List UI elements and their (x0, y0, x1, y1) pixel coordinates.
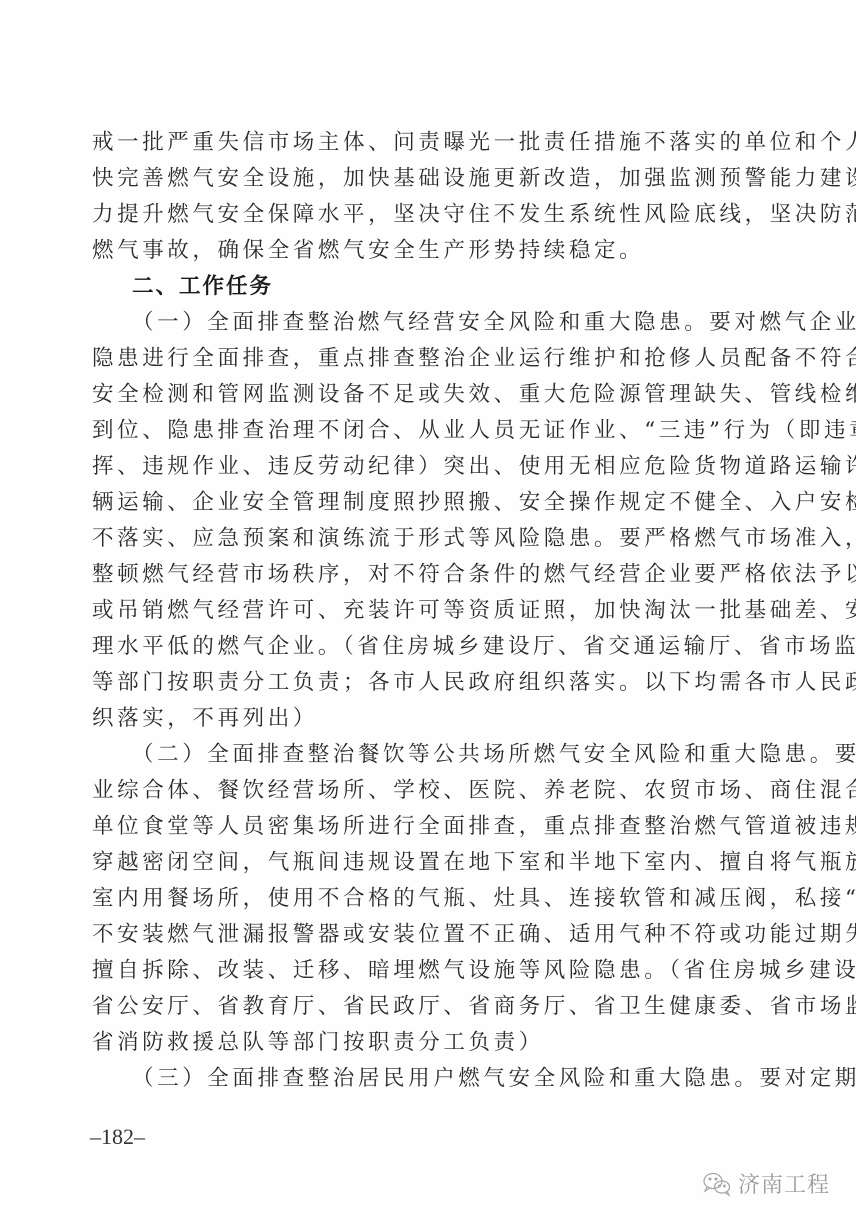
text-line: 单位食堂等人员密集场所进行全面排查，重点排查整治燃气管道被违规占压、 (92, 809, 756, 845)
paragraph-item-1: （一）全面排查整治燃气经营安全风险和重大隐患。要对燃气企业安全 隐患进行全面排查… (92, 305, 756, 737)
text-line: 室内用餐场所，使用不合格的气瓶、灶具、连接软管和减压阀，私接“三通”， (92, 881, 756, 917)
text-line: （三）全面排查整治居民用户燃气安全风险和重大隐患。要对定期入户 (92, 1061, 756, 1097)
text-line: 辆运输、企业安全管理制度照抄照搬、安全操作规定不健全、入户安检制度 (92, 485, 756, 521)
text-line: 理水平低的燃气企业。（省住房城乡建设厅、省交通运输厅、省市场监管局 (92, 629, 756, 665)
section-heading-text: 二、工作任务 (92, 269, 756, 305)
paragraph-continuation: 戒一批严重失信市场主体、问责曝光一批责任措施不落实的单位和个人，加 快完善燃气安… (92, 125, 756, 269)
text-line: 安全检测和管网监测设备不足或失效、重大危险源管理缺失、管线检维护不 (92, 377, 756, 413)
text-line: 到位、隐患排查治理不闭合、从业人员无证作业、“三违”行为（即违章指 (92, 413, 756, 449)
text-line: （二）全面排查整治餐饮等公共场所燃气安全风险和重大隐患。要对商 (92, 737, 756, 773)
wechat-icon (702, 1171, 732, 1197)
text-line: 挥、违规作业、违反劳动纪律）突出、使用无相应危险货物道路运输许可车 (92, 449, 756, 485)
text-line: 不落实、应急预案和演练流于形式等风险隐患。要严格燃气市场准入，全面 (92, 521, 756, 557)
text-line: 不安装燃气泄漏报警器或安装位置不正确、适用气种不符或功能过期失效， (92, 917, 756, 953)
text-line: （一）全面排查整治燃气经营安全风险和重大隐患。要对燃气企业安全 (92, 305, 756, 341)
document-body: 戒一批严重失信市场主体、问责曝光一批责任措施不落实的单位和个人，加 快完善燃气安… (92, 125, 756, 1097)
text-line: 戒一批严重失信市场主体、问责曝光一批责任措施不落实的单位和个人，加 (92, 125, 756, 161)
text-line: 省消防救援总队等部门按职责分工负责） (92, 1025, 756, 1061)
text-line: 快完善燃气安全设施，加快基础设施更新改造，加强监测预警能力建设，着 (92, 161, 756, 197)
text-line: 擅自拆除、改装、迁移、暗埋燃气设施等风险隐患。（省住房城乡建设厅、 (92, 953, 756, 989)
text-line: 力提升燃气安全保障水平，坚决守住不发生系统性风险底线，坚决防范各类 (92, 197, 756, 233)
text-line: 等部门按职责分工负责；各市人民政府组织落实。以下均需各市人民政府组 (92, 665, 756, 701)
text-line: 穿越密闭空间，气瓶间违规设置在地下室和半地下室内、擅自将气瓶放置于 (92, 845, 756, 881)
text-line: 省公安厅、省教育厅、省民政厅、省商务厅、省卫生健康委、省市场监管局、 (92, 989, 756, 1025)
text-line: 或吊销燃气经营许可、充装许可等资质证照，加快淘汰一批基础差、安全管 (92, 593, 756, 629)
text-line: 整顿燃气经营市场秩序，对不符合条件的燃气经营企业要严格依法予以取缔 (92, 557, 756, 593)
paragraph-item-2: （二）全面排查整治餐饮等公共场所燃气安全风险和重大隐患。要对商 业综合体、餐饮经… (92, 737, 756, 1061)
document-page: 戒一批严重失信市场主体、问责曝光一批责任措施不落实的单位和个人，加 快完善燃气安… (0, 0, 856, 1225)
text-line: 织落实，不再列出） (92, 701, 756, 737)
text-line: 隐患进行全面排查，重点排查整治企业运行维护和抢修人员配备不符合要求、 (92, 341, 756, 377)
text-line: 燃气事故，确保全省燃气安全生产形势持续稳定。 (92, 233, 756, 269)
section-heading: 二、工作任务 (92, 269, 756, 305)
text-line: 业综合体、餐饮经营场所、学校、医院、养老院、农贸市场、商住混合体、 (92, 773, 756, 809)
page-number: –182– (90, 1124, 145, 1150)
watermark-text: 济南工程 (738, 1168, 830, 1199)
watermark: 济南工程 (702, 1168, 830, 1199)
paragraph-item-3: （三）全面排查整治居民用户燃气安全风险和重大隐患。要对定期入户 (92, 1061, 756, 1097)
